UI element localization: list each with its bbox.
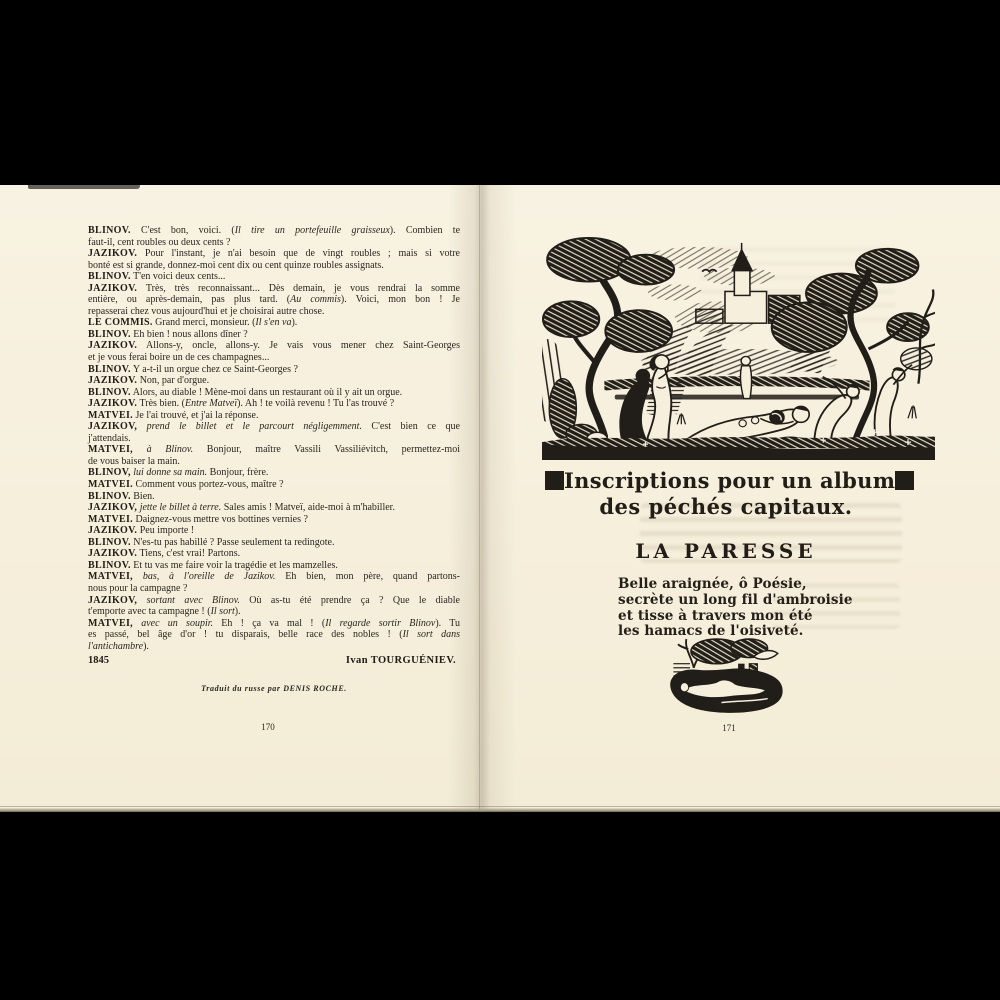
gutter-crease xyxy=(479,185,480,812)
dialogue-line: MATVEI. Je l'ai trouvé, et j'ai la répon… xyxy=(88,410,460,422)
book-bottom-edge xyxy=(0,808,1000,812)
dialogue-line: MATVEI. Comment vous portez-vous, maître… xyxy=(88,479,460,491)
section-title: LA PARESSE xyxy=(545,539,907,563)
dialogue-line: t'emporte avec ta campagne ! (Il sort). xyxy=(88,606,460,618)
dialogue-line: JAZIKOV, sortant avec Blinov. Où as-tu é… xyxy=(88,595,460,607)
poem: Belle araignée, ô Poésie,secrète un long… xyxy=(618,577,853,640)
dialogue-line: BLINOV. N'es-tu pas habillé ? Passe seul… xyxy=(88,537,460,549)
dialogue-line: JAZIKOV. Très, très reconnaissant... Dès… xyxy=(88,283,460,295)
dialogue-line: MATVEI, avec un soupir. Eh ! ça va mal !… xyxy=(88,618,460,630)
poem-line: et tisse à travers mon été xyxy=(618,609,853,625)
dialogue-line: BLINOV. T'en voici deux cents... xyxy=(88,271,460,283)
dialogue-line: BLINOV. Y a-t-il un orgue chez ce Saint-… xyxy=(88,364,460,376)
dialogue-line: de vous baiser la main. xyxy=(88,456,460,468)
translator-note: Traduit du russe par DENIS ROCHE. xyxy=(88,684,460,693)
tailpiece-woodcut xyxy=(666,637,788,717)
dialogue-line: bonté est si grande, donnez-moi cent dix… xyxy=(88,260,460,272)
dialogue-line: JAZIKOV. Pour l'instant, je n'ai besoin … xyxy=(88,248,460,260)
woodcut-tailpiece xyxy=(666,637,788,717)
black-square-icon xyxy=(895,471,914,490)
main-woodcut-illustration xyxy=(542,230,935,460)
album-title-line1: Inscriptions pour un album xyxy=(564,468,895,493)
woodcut-pastoral-scene xyxy=(542,230,935,460)
dialogue-line: j'attendais. xyxy=(88,433,460,445)
dialogue-line: faut-il, cent roubles ou deux cents ? xyxy=(88,237,460,249)
dialogue-line: BLINOV, lui donne sa main. Bonjour, frèr… xyxy=(88,467,460,479)
page-number-left: 170 xyxy=(88,722,448,732)
dialogue-line: l'antichambre). xyxy=(88,641,460,653)
dialogue-line: et je vous ferai boire un de ces champag… xyxy=(88,352,460,364)
byline-row: 1845 Ivan TOURGUÉNIEV. xyxy=(88,655,456,666)
black-square-icon xyxy=(545,471,564,490)
poem-line: Belle araignée, ô Poésie, xyxy=(618,577,853,593)
album-title-line2: des péchés capitaux. xyxy=(545,494,907,519)
dialogue-line: es passé, bel âge d'or ! tu disparais, b… xyxy=(88,629,460,641)
dialogue-line: BLINOV. C'est bon, voici. (Il tire un po… xyxy=(88,225,460,237)
dialogue-line: BLINOV. Et tu vas me faire voir la tragé… xyxy=(88,560,460,572)
dialogue-line: entière, ou après-demain, pas plus tard.… xyxy=(88,294,460,306)
page-number-right: 171 xyxy=(547,723,911,733)
dialogue-line: JAZIKOV. Non, par d'orgue. xyxy=(88,375,460,387)
dialogue-text: BLINOV. C'est bon, voici. (Il tire un po… xyxy=(88,225,460,652)
album-title-row: Inscriptions pour un album xyxy=(545,468,907,493)
poem-line: secrète un long fil d'ambroisie xyxy=(618,593,853,609)
dialogue-line: repasserai chez vous aujourd'hui et je c… xyxy=(88,306,460,318)
dialogue-line: MATVEI. Daignez-vous mettre vos bottines… xyxy=(88,514,460,526)
dialogue-line: JAZIKOV. Très bien. (Entre Matveï). Ah !… xyxy=(88,398,460,410)
page-top-edge xyxy=(28,185,140,189)
dialogue-line: JAZIKOV. Allons-y, oncle, allons-y. Je v… xyxy=(88,340,460,352)
dialogue-line: JAZIKOV. Tiens, c'est vrai! Partons. xyxy=(88,548,460,560)
dialogue-line: JAZIKOV, prend le billet et le parcourt … xyxy=(88,421,460,433)
dialogue-line: JAZIKOV. Peu importe ! xyxy=(88,525,460,537)
poem-line: les hamacs de l'oisiveté. xyxy=(618,624,853,640)
dialogue-line: JAZIKOV, jette le billet à terre. Sales … xyxy=(88,502,460,514)
dialogue-line: BLINOV. Eh bien ! nous allons dîner ? xyxy=(88,329,460,341)
dialogue-line: BLINOV. Bien. xyxy=(88,491,460,503)
year-label: 1845 xyxy=(88,655,109,666)
dialogue-line: MATVEI, à Blinov. Bonjour, maître Vassil… xyxy=(88,444,460,456)
page-bottom-line xyxy=(0,806,1000,807)
dialogue-line: LE COMMIS. Grand merci, monsieur. (Il s'… xyxy=(88,317,460,329)
dialogue-line: BLINOV. Alors, au diable ! Mène-moi dans… xyxy=(88,387,460,399)
dialogue-line: nous pour la campagne ? xyxy=(88,583,460,595)
dialogue-line: MATVEI, bas, à l'oreille de Jazikov. Eh … xyxy=(88,571,460,583)
book-spread: BLINOV. C'est bon, voici. (Il tire un po… xyxy=(0,185,1000,812)
author-name: Ivan TOURGUÉNIEV. xyxy=(346,655,456,666)
